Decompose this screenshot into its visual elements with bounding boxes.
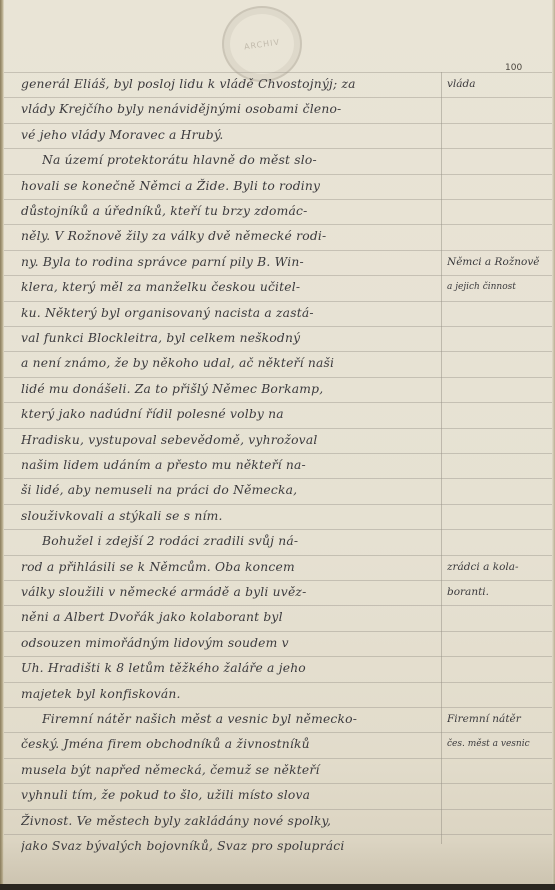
binding-edge: [0, 0, 4, 890]
handwritten-line: našim lidem udáním a přesto mu někteří n…: [21, 452, 441, 478]
handwritten-line: něly. V Rožnově žily za války dvě německ…: [21, 223, 441, 249]
handwritten-line: lidé mu donášeli. Za to přišlý Němec Bor…: [21, 376, 441, 402]
margin-note: Němci a Rožnově: [447, 249, 553, 275]
manuscript-page: ARCHIV 100 generál Eliáš, byl posloj lid…: [0, 0, 555, 890]
handwritten-line: hovali se konečně Němci a Žide. Byli to …: [21, 173, 441, 199]
page-bottom-edge: [0, 884, 555, 890]
handwritten-line: Firemní nátěr našich měst a vesnic byl n…: [42, 706, 441, 732]
handwritten-line: generál Eliáš, byl posloj lidu k vládě C…: [21, 71, 441, 97]
handwritten-line: ši lidé, aby nemuseli na práci do Německ…: [21, 477, 441, 503]
handwritten-line: odsouzen mimořádným lidovým soudem v: [21, 630, 441, 656]
page-fold-shadow: [0, 840, 555, 884]
handwritten-line: ny. Byla to rodina správce parní pily B.…: [21, 249, 441, 275]
handwritten-line: Uh. Hradišti k 8 letům těžkého žaláře a …: [21, 655, 441, 681]
handwritten-line: vé jeho vlády Moravec a Hrubý.: [21, 122, 441, 148]
handwritten-line: rod a přihlásili se k Němcům. Oba koncem: [21, 554, 441, 580]
handwritten-line: Na území protektorátu hlavně do měst slo…: [42, 147, 441, 173]
handwritten-line: vyhnuli tím, že pokud to šlo, užili míst…: [21, 782, 441, 808]
handwritten-line: český. Jména firem obchodníků a živnostn…: [21, 731, 441, 757]
margin-note: a jejich činnost: [447, 274, 553, 300]
handwritten-line: majetek byl konfiskován.: [21, 681, 441, 707]
margin-note: Firemní nátěr: [447, 706, 553, 732]
handwritten-line: Hradisku, vystupoval sebevědomě, vyhrožo…: [21, 427, 441, 453]
handwritten-line: ku. Některý byl organisovaný nacista a z…: [21, 300, 441, 326]
margin-note: zrádci a kola-: [447, 554, 553, 580]
handwritten-line: val funkci Blockleitra, byl celkem neško…: [21, 325, 441, 351]
handwritten-line: a není známo, že by někoho udal, ač někt…: [21, 350, 441, 376]
handwritten-line: klera, který měl za manželku českou učit…: [21, 274, 441, 300]
handwritten-line: něni a Albert Dvořák jako kolaborant byl: [21, 604, 441, 630]
handwritten-line: války sloužili v německé armádě a byli u…: [21, 579, 441, 605]
margin-note: vláda: [447, 71, 553, 97]
handwritten-line: důstojníků a úředníků, kteří tu brzy zdo…: [21, 198, 441, 224]
handwritten-line: musela být napřed německá, čemuž se někt…: [21, 757, 441, 783]
margin-rule: [441, 72, 442, 844]
handwritten-line: vlády Krejčího byly nenávidějnými osobam…: [21, 96, 441, 122]
margin-note: boranti.: [447, 579, 553, 605]
margin-note: čes. měst a vesnic: [447, 731, 553, 757]
handwritten-line: který jako nadúdní řídil polesné volby n…: [21, 401, 441, 427]
handwritten-line: Bohužel i zdejší 2 rodáci zradili svůj n…: [42, 528, 441, 554]
handwritten-line: Živnost. Ve městech byly zakládány nové …: [21, 808, 441, 834]
stamp-text: ARCHIV: [244, 37, 281, 51]
handwritten-line: slouživkovali a stýkali se s ním.: [21, 503, 441, 529]
